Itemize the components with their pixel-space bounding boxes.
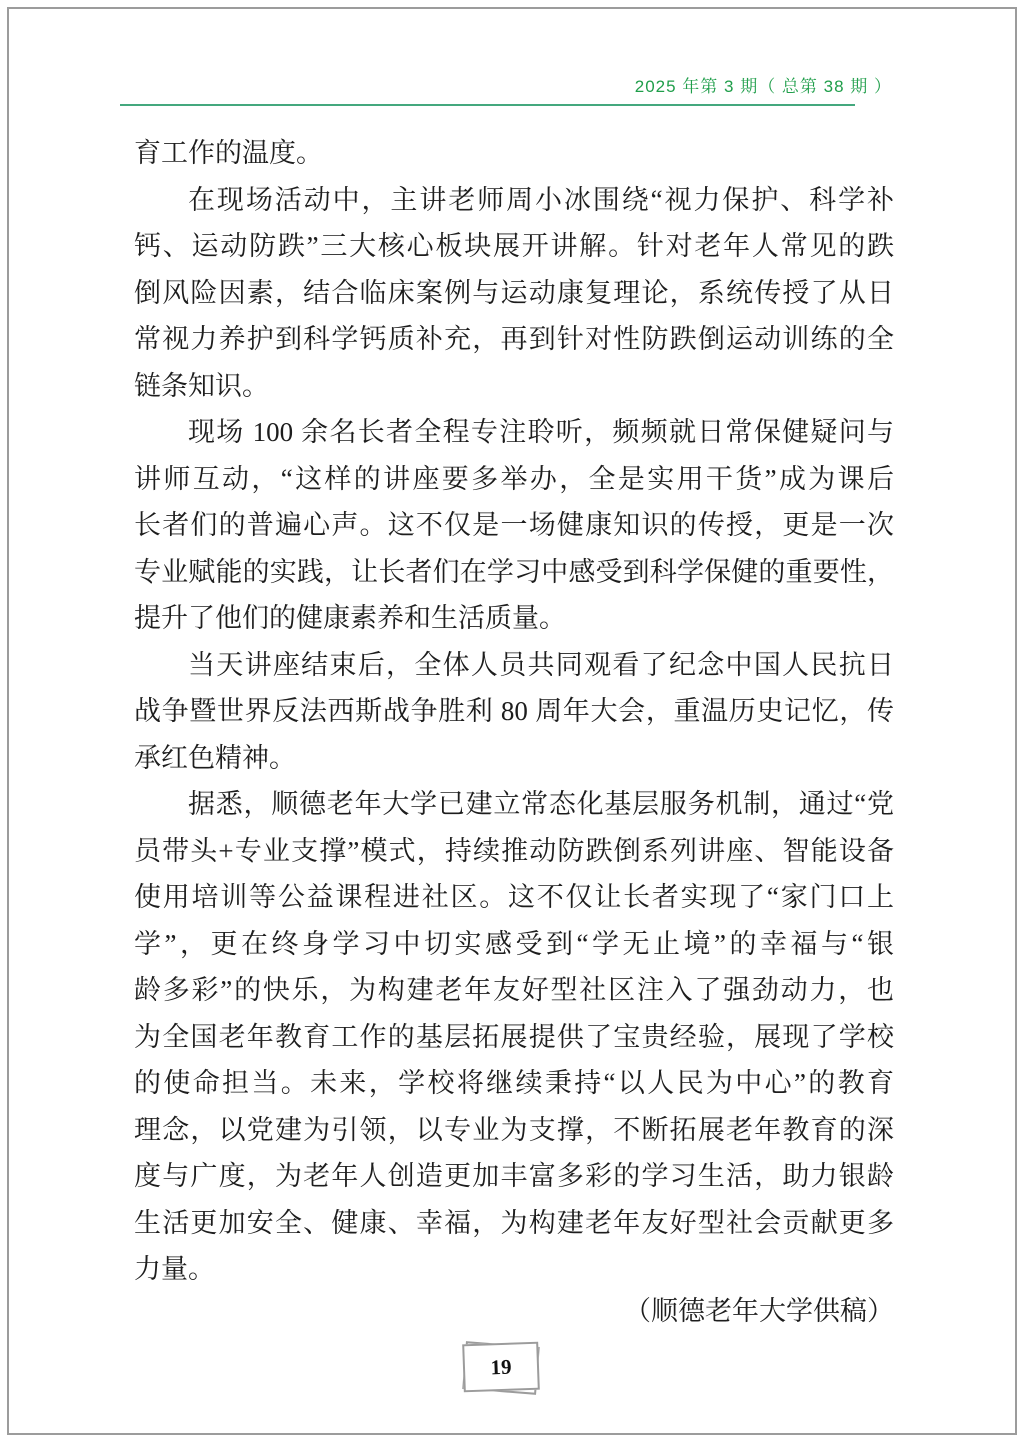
article-line: 力量。	[134, 1246, 894, 1293]
article-line: 专业赋能的实践，让长者们在学习中感受到科学保健的重要性，	[134, 549, 894, 596]
article-line: 讲师互动，“这样的讲座要多举办，全是实用干货”成为课后	[134, 456, 894, 503]
article-line: 当天讲座结束后，全体人员共同观看了纪念中国人民抗日	[134, 642, 894, 689]
article-line: 战争暨世界反法西斯战争胜利 80 周年大会，重温历史记忆，传	[134, 688, 894, 735]
article-line: 理念，以党建为引领，以专业为支撑，不断拓展老年教育的深	[134, 1107, 894, 1154]
article-body: 育工作的温度。 在现场活动中，主讲老师周小冰围绕“视力保护、科学补 钙、运动防跌…	[134, 130, 894, 1293]
page-number: 19	[490, 1354, 512, 1380]
article-line: 度与广度，为老年人创造更加丰富多彩的学习生活，助力银龄	[134, 1153, 894, 1200]
page-ornament-front-rect: 19	[462, 1342, 540, 1393]
article-line: 据悉，顺德老年大学已建立常态化基层服务机制，通过“党	[134, 781, 894, 828]
header-rule-divider	[120, 104, 855, 106]
article-line: 的使命担当。未来，学校将继续秉持“以人民为中心”的教育	[134, 1060, 894, 1107]
article-line: 员带头+专业支撑”模式，持续推动防跌倒系列讲座、智能设备	[134, 828, 894, 875]
article-line: 倒风险因素，结合临床案例与运动康复理论，系统传授了从日	[134, 270, 894, 317]
document-page: 2025 年第 3 期（ 总第 38 期 ） 育工作的温度。 在现场活动中，主讲…	[0, 0, 1024, 1442]
article-line: 常视力养护到科学钙质补充，再到针对性防跌倒运动训练的全	[134, 316, 894, 363]
article-line: 学”，更在终身学习中切实感受到“学无止境”的幸福与“银	[134, 921, 894, 968]
article-line: 链条知识。	[134, 363, 894, 410]
article-line: 提升了他们的健康素养和生活质量。	[134, 595, 894, 642]
byline: （顺德老年大学供稿）	[134, 1288, 894, 1335]
article-line: 生活更加安全、健康、幸福，为构建老年友好型社会贡献更多	[134, 1200, 894, 1247]
article-line: 为全国老年教育工作的基层拓展提供了宝贵经验，展现了学校	[134, 1014, 894, 1061]
issue-header: 2025 年第 3 期（ 总第 38 期 ）	[635, 72, 892, 97]
article-line: 在现场活动中，主讲老师周小冰围绕“视力保护、科学补	[134, 177, 894, 224]
article-line: 长者们的普遍心声。这不仅是一场健康知识的传授，更是一次	[134, 502, 894, 549]
article-line: 钙、运动防跌”三大核心板块展开讲解。针对老年人常见的跌	[134, 223, 894, 270]
article-line: 育工作的温度。	[134, 130, 894, 177]
page-number-ornament: 19	[458, 1336, 544, 1400]
article-line: 使用培训等公益课程进社区。这不仅让长者实现了“家门口上	[134, 874, 894, 921]
article-line: 龄多彩”的快乐，为构建老年友好型社区注入了强劲动力，也	[134, 967, 894, 1014]
article-line: 现场 100 余名长者全程专注聆听，频频就日常保健疑问与	[134, 409, 894, 456]
article-line: 承红色精神。	[134, 735, 894, 782]
